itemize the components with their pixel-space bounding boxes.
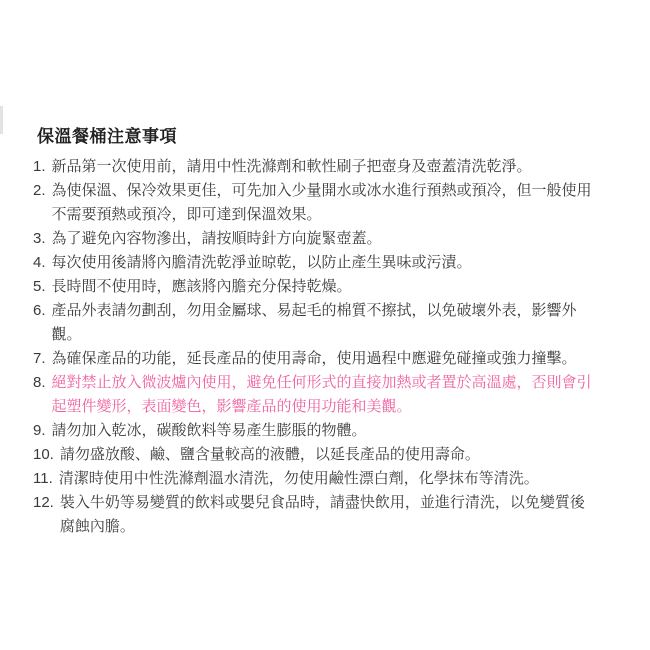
item-number: 9. — [33, 419, 46, 443]
item-text: 為確保產品的功能，延長產品的使用壽命，使用過程中應避免碰撞或強力撞擊。 — [52, 347, 595, 371]
list-item: 7. 為確保產品的功能，延長產品的使用壽命，使用過程中應避免碰撞或強力撞擊。 — [33, 347, 595, 371]
notice-section: 保溫餐桶注意事項 1. 新品第一次使用前，請用中性洗滌劑和軟性刷子把壺身及壺蓋清… — [33, 127, 595, 539]
item-text: 請勿盛放酸、鹼、鹽含量較高的液體，以延長產品的使用壽命。 — [60, 443, 595, 467]
notice-title: 保溫餐桶注意事項 — [37, 127, 595, 147]
item-number: 7. — [33, 347, 46, 371]
list-item: 6. 產品外表請勿劃刮，勿用金屬球、易起毛的棉質不擦拭，以免破壞外表，影響外觀。 — [33, 299, 595, 347]
list-item: 10. 請勿盛放酸、鹼、鹽含量較高的液體，以延長產品的使用壽命。 — [33, 443, 595, 467]
list-item: 11. 清潔時使用中性洗滌劑溫水清洗，勿使用鹼性漂白劑，化學抹布等清洗。 — [33, 467, 595, 491]
item-number: 5. — [33, 275, 46, 299]
item-text: 請勿加入乾冰，碳酸飲料等易產生膨脹的物體。 — [52, 419, 595, 443]
list-item: 9. 請勿加入乾冰，碳酸飲料等易產生膨脹的物體。 — [33, 419, 595, 443]
item-number: 11. — [33, 467, 53, 491]
item-number: 10. — [33, 443, 54, 467]
list-item: 1. 新品第一次使用前，請用中性洗滌劑和軟性刷子把壺身及壺蓋清洗乾淨。 — [33, 155, 595, 179]
item-number: 1. — [33, 155, 46, 179]
item-number: 12. — [33, 491, 54, 515]
item-text: 長時間不使用時，應該將內膽充分保持乾燥。 — [52, 275, 595, 299]
item-text: 清潔時使用中性洗滌劑溫水清洗，勿使用鹼性漂白劑，化學抹布等清洗。 — [59, 467, 595, 491]
list-item: 4. 每次使用後請將內膽清洗乾淨並晾乾，以防止產生異味或污漬。 — [33, 251, 595, 275]
item-text: 產品外表請勿劃刮，勿用金屬球、易起毛的棉質不擦拭，以免破壞外表，影響外觀。 — [52, 299, 595, 347]
item-text: 為使保溫、保冷效果更佳，可先加入少量開水或冰水進行預熱或預冷，但一般使用不需要預… — [52, 179, 595, 227]
list-item: 5. 長時間不使用時，應該將內膽充分保持乾燥。 — [33, 275, 595, 299]
item-number: 3. — [33, 227, 46, 251]
notice-list: 1. 新品第一次使用前，請用中性洗滌劑和軟性刷子把壺身及壺蓋清洗乾淨。 2. 為… — [33, 155, 595, 539]
item-number: 2. — [33, 179, 46, 203]
left-edge-mark — [0, 106, 3, 134]
list-item: 2. 為使保溫、保冷效果更佳，可先加入少量開水或冰水進行預熱或預冷，但一般使用不… — [33, 179, 595, 227]
list-item: 12. 裝入牛奶等易變質的飲料或嬰兒食品時，請盡快飲用，並進行清洗，以免變質後腐… — [33, 491, 595, 539]
item-text: 每次使用後請將內膽清洗乾淨並晾乾，以防止產生異味或污漬。 — [52, 251, 595, 275]
item-text: 為了避免內容物滲出，請按順時針方向旋緊壺蓋。 — [52, 227, 595, 251]
list-item-warning: 8. 絕對禁止放入微波爐內使用，避免任何形式的直接加熱或者置於高溫處，否則會引起… — [33, 371, 595, 419]
item-text: 裝入牛奶等易變質的飲料或嬰兒食品時，請盡快飲用，並進行清洗，以免變質後腐蝕內膽。 — [60, 491, 595, 539]
item-number: 6. — [33, 299, 46, 323]
item-text: 新品第一次使用前，請用中性洗滌劑和軟性刷子把壺身及壺蓋清洗乾淨。 — [52, 155, 595, 179]
list-item: 3. 為了避免內容物滲出，請按順時針方向旋緊壺蓋。 — [33, 227, 595, 251]
item-text-warning: 絕對禁止放入微波爐內使用，避免任何形式的直接加熱或者置於高溫處，否則會引起塑件變… — [52, 371, 595, 419]
item-number: 4. — [33, 251, 46, 275]
item-number: 8. — [33, 371, 46, 395]
